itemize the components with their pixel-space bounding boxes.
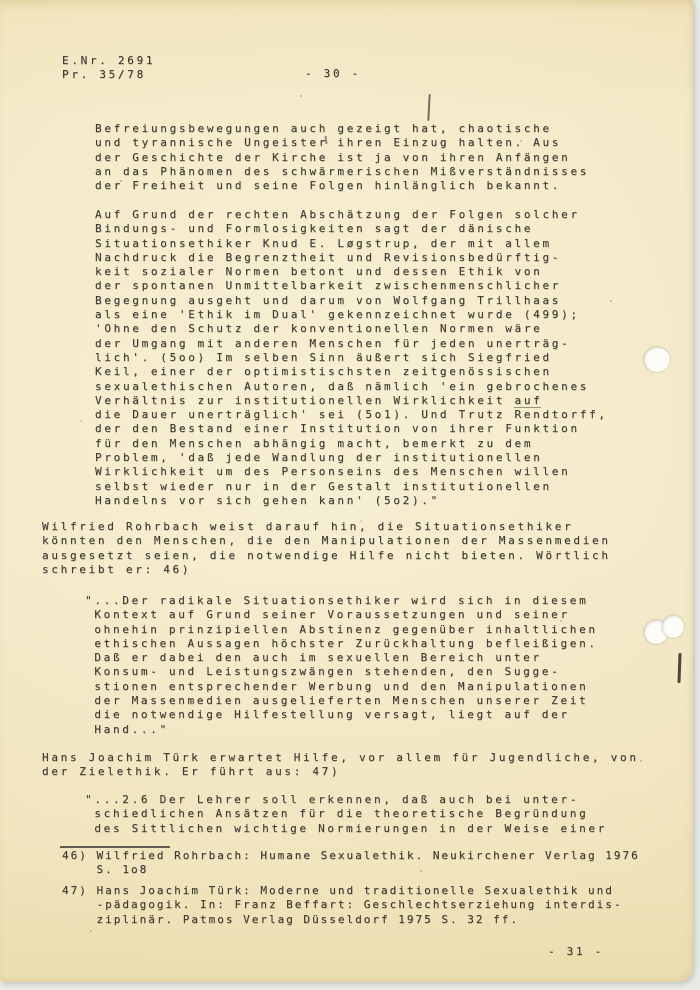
header-reference-number: E.Nr. 2691 Pr. 35/78 xyxy=(62,54,155,83)
body-paragraph-1: Befreiungsbewegungen auch gezeigt hat, c… xyxy=(95,122,589,193)
page-number-top: - 30 - xyxy=(305,67,361,81)
footnote-47: 47) Hans Joachim Türk: Moderne und tradi… xyxy=(62,884,622,927)
document-page: E.Nr. 2691 Pr. 35/78 - 30 - Befreiungsbe… xyxy=(0,0,700,990)
hole-punch-bottom-right xyxy=(662,615,684,638)
paper-speckles xyxy=(0,0,2,2)
footnote-separator-rule xyxy=(60,846,170,848)
typewriter-underline-artifact xyxy=(514,407,541,408)
footnote-46: 46) Wilfried Rohrbach: Humane Sexualethi… xyxy=(62,849,640,878)
body-paragraph-4: Hans Joachim Türk erwartet Hilfe, vor al… xyxy=(42,751,639,780)
block-quote-2: "...2.6 Der Lehrer soll erkennen, daß au… xyxy=(85,793,607,836)
block-quote-1: "...Der radikale Situationsethiker wird … xyxy=(85,594,598,737)
page-number-bottom: - 31 - xyxy=(548,945,604,959)
body-paragraph-3: Wilfried Rohrbach weist darauf hin, die … xyxy=(42,520,611,577)
body-paragraph-2: Auf Grund der rechten Abschätzung der Fo… xyxy=(95,208,608,508)
